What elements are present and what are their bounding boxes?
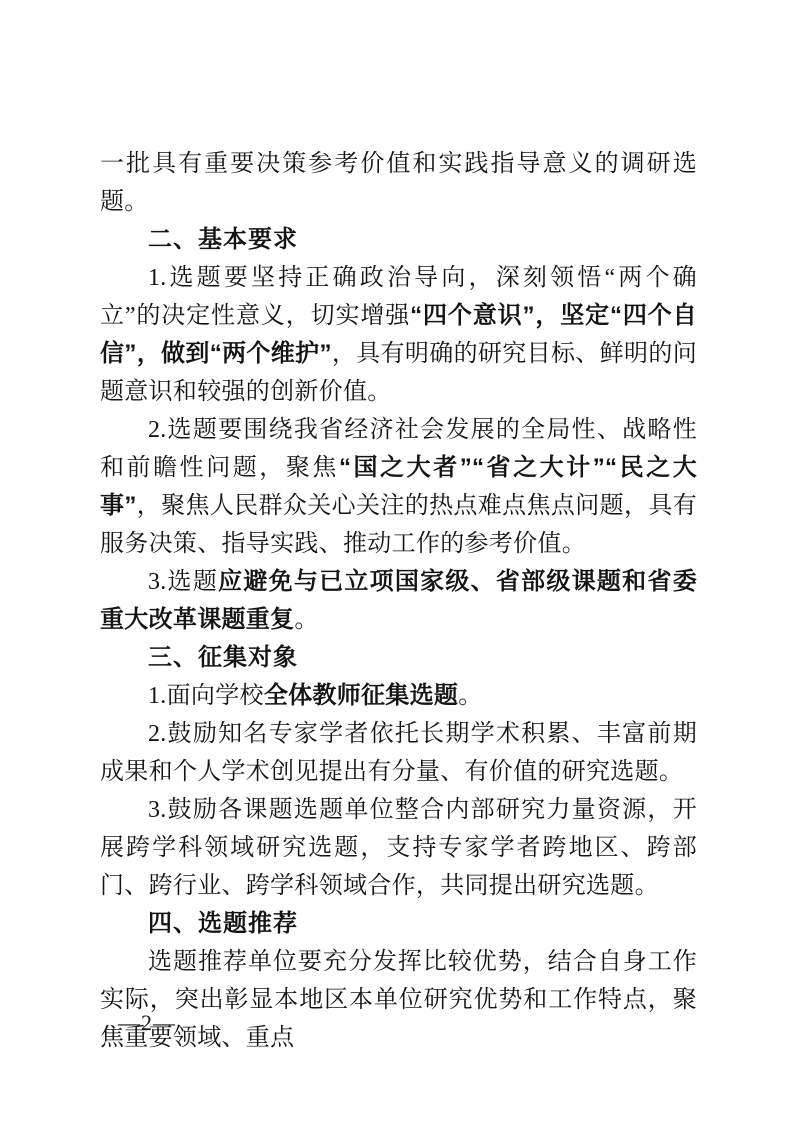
- text-run: 1.面向学校: [148, 683, 264, 709]
- emphasis-run: 全体教师征集选题: [264, 682, 458, 709]
- paragraph-target-2: 2.鼓励知名专家学者依托长期学术积累、丰富前期成果和个人学术创见提出有分量、有价…: [100, 715, 697, 791]
- paragraph-continuation: 一批具有重要决策参考价值和实践指导意义的调研选题。: [100, 145, 697, 221]
- text-run: 。: [294, 607, 318, 633]
- text-run: ，聚焦人民群众关心关注的热点难点焦点问题，具有服务决策、指导实践、推动工作的参考…: [100, 493, 697, 557]
- text-run: 一批具有重要决策参考价值和实践指导意义的调研选题。: [100, 151, 697, 215]
- heading-text: 四、选题推荐: [148, 910, 298, 937]
- paragraph-target-1: 1.面向学校全体教师征集选题。: [100, 677, 697, 715]
- text-run: 2.鼓励知名专家学者依托长期学术积累、丰富前期成果和个人学术创见提出有分量、有价…: [100, 721, 697, 785]
- paragraph-target-3: 3.鼓励各课题选题单位整合内部研究力量资源，开展跨学科领域研究选题，支持专家学者…: [100, 791, 697, 905]
- text-run: 。: [458, 683, 482, 709]
- text-run: 3.鼓励各课题选题单位整合内部研究力量资源，开展跨学科领域研究选题，支持专家学者…: [100, 797, 697, 899]
- section-heading-collection-targets: 三、征集对象: [100, 639, 697, 677]
- paragraph-requirement-1: 1.选题要坚持正确政治导向，深刻领悟“两个确立”的决定性意义，切实增强“四个意识…: [100, 259, 697, 411]
- heading-text: 三、征集对象: [148, 644, 298, 671]
- document-page: 一批具有重要决策参考价值和实践指导意义的调研选题。 二、基本要求 1.选题要坚持…: [0, 0, 793, 1122]
- section-heading-topic-recommendation: 四、选题推荐: [100, 905, 697, 943]
- paragraph-recommendation: 选题推荐单位要充分发挥比较优势，结合自身工作实际，突出彰显本地区本单位研究优势和…: [100, 943, 697, 1057]
- text-run: 3.选题: [148, 569, 218, 595]
- text-run: 选题推荐单位要充分发挥比较优势，结合自身工作实际，突出彰显本地区本单位研究优势和…: [100, 949, 697, 1051]
- page-number: —2—: [118, 1008, 176, 1038]
- paragraph-requirement-2: 2.选题要围绕我省经济社会发展的全局性、战略性和前瞻性问题，聚焦“国之大者”“省…: [100, 411, 697, 563]
- paragraph-requirement-3: 3.选题应避免与已立项国家级、省部级课题和省委重大改革课题重复。: [100, 563, 697, 639]
- heading-text: 二、基本要求: [148, 226, 298, 253]
- document-text-area: 一批具有重要决策参考价值和实践指导意义的调研选题。 二、基本要求 1.选题要坚持…: [100, 145, 697, 1057]
- section-heading-basic-requirements: 二、基本要求: [100, 221, 697, 259]
